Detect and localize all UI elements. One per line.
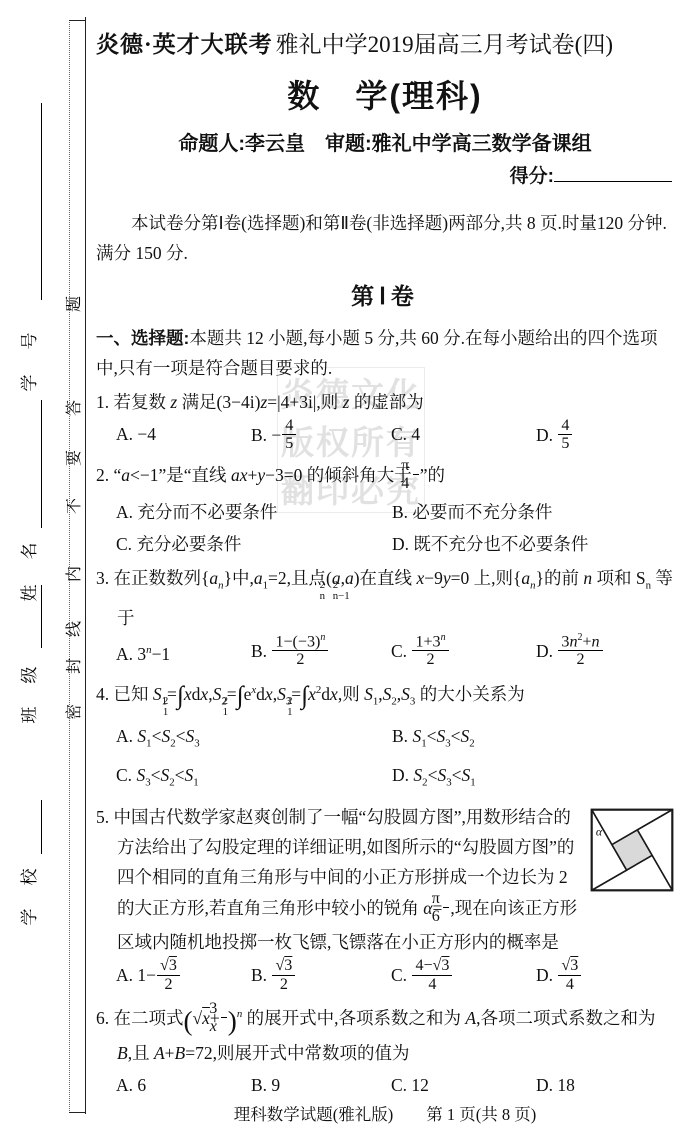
seal-text-char: 密 <box>64 701 86 723</box>
option-d: D. 既不充分也不必要条件 <box>392 529 674 559</box>
seal-dotted-line <box>69 20 70 1113</box>
score-label: 得分: <box>510 166 554 187</box>
question-3: 3. 在正数数列{an}中,a1=2,且点(a2n,a2n−1)在直线 x−9y… <box>96 563 674 671</box>
option-a: A. −4 <box>116 419 251 455</box>
question-5-stem: 5. 中国古代数学家赵爽创制了一幅“勾股圆方图”,用数形结合的方法给出了勾股定理… <box>96 802 674 958</box>
seal-text-char: 封 <box>64 655 86 677</box>
question-3-options: A. 3n−1 B. 1−(−3)n2 C. 1+3n2 D. 3n2+n2 <box>116 635 674 671</box>
student-id-label-char: 学 <box>19 372 41 394</box>
option-d: D. S2<S3<S1 <box>392 760 674 798</box>
question-1-options: A. −4 B. −45 C. 4 D. 45 <box>116 419 674 455</box>
option-a: A. 充分而不必要条件 <box>116 497 392 527</box>
exam-instructions: 本试卷分第Ⅰ卷(选择题)和第Ⅱ卷(非选择题)两部分,共 8 页.时量120 分钟… <box>96 208 674 268</box>
option-b: B. 1−(−3)n2 <box>251 635 391 671</box>
option-a: A. 6 <box>116 1070 251 1100</box>
option-b: B. √32 <box>251 959 391 995</box>
exam-page: 炎德文化 版权所有 翻印必究 号 学 名 姓 级 班 校 学 题 答 要 不 内… <box>0 0 688 1144</box>
option-b: B. 9 <box>251 1070 391 1100</box>
authors-line: 命题人:李云皇 审题:雅礼中学高三数学备课组 <box>96 127 674 156</box>
question-5: α 5. 中国古代数学家赵爽创制了一幅“勾股圆方图”,用数形结合的方法给出了勾股… <box>96 802 674 996</box>
option-d: D. √34 <box>536 959 674 995</box>
seal-line-tick <box>69 20 86 21</box>
name-blank <box>41 400 42 528</box>
question-2: 2. “a<−1”是“直线 ax+y−3=0 的倾斜角大于π4”的 A. 充分而… <box>96 459 674 559</box>
question-1: 1. 若复数 z 满足(3−4i)z=|4+3i|,则 z 的虚部为 A. −4… <box>96 387 674 455</box>
option-d: D. 45 <box>536 419 674 455</box>
option-c: C. 4−√34 <box>391 959 536 995</box>
seal-text-char: 答 <box>64 397 86 419</box>
subject-title: 数 学(理科) <box>96 71 674 117</box>
option-d: D. 18 <box>536 1070 674 1100</box>
school-blank <box>41 800 42 854</box>
option-a: A. S1<S2<S3 <box>116 721 392 759</box>
question-6-stem: 6. 在二项式(√x+3x)n 的展开式中,各项系数之和为 A,各项二项式系数之… <box>96 999 674 1068</box>
seal-text-char: 要 <box>64 447 86 469</box>
question-1-stem: 1. 若复数 z 满足(3−4i)z=|4+3i|,则 z 的虚部为 <box>96 387 674 417</box>
option-c: C. 1+3n2 <box>391 635 536 671</box>
class-blank <box>41 585 42 648</box>
option-c: C. 4 <box>391 419 536 455</box>
footer-doc-title: 理科数学试题(雅礼版) <box>234 1105 394 1124</box>
exam-header: 炎德·英才大联考雅礼中学2019届高三月考试卷(四) <box>96 26 674 59</box>
option-c: C. 充分必要条件 <box>116 529 392 559</box>
seal-text-char: 内 <box>64 563 86 585</box>
question-6-options: A. 6 B. 9 C. 12 D. 18 <box>116 1070 674 1100</box>
class-label-char: 班 <box>19 704 41 726</box>
option-b: B. −45 <box>251 419 391 455</box>
seal-text-char: 不 <box>64 495 86 517</box>
page-footer: 理科数学试题(雅礼版)第 1 页(共 8 页) <box>96 1101 674 1125</box>
option-a: A. 1−√32 <box>116 959 251 995</box>
option-c: C. S3<S2<S1 <box>116 760 392 798</box>
option-b: B. 必要而不充分条件 <box>392 497 674 527</box>
option-b: B. S1<S3<S2 <box>392 721 674 759</box>
exam-title: 雅礼中学2019届高三月考试卷(四) <box>276 32 613 57</box>
option-d: D. 3n2+n2 <box>536 635 674 671</box>
school-label-char: 学 <box>19 906 41 928</box>
part-title: 第Ⅰ卷 <box>96 278 674 311</box>
question-4-stem: 4. 已知 S1=∫21xdx,S2=∫21exdx,S3=∫21x2dx,则 … <box>96 675 674 719</box>
name-label-char: 名 <box>19 540 41 562</box>
name-label-char: 姓 <box>19 582 41 604</box>
seal-text-char: 线 <box>64 618 86 640</box>
section-label: 一、选择题: <box>96 328 189 348</box>
footer-page-number: 第 1 页(共 8 页) <box>426 1105 536 1124</box>
question-3-stem: 3. 在正数数列{an}中,a1=2,且点(a2n,a2n−1)在直线 x−9y… <box>96 563 674 633</box>
question-5-options: A. 1−√32 B. √32 C. 4−√34 D. √34 <box>116 959 674 995</box>
question-4-options: A. S1<S2<S3 B. S1<S3<S2 C. S3<S2<S1 D. S… <box>116 721 674 798</box>
question-2-options: A. 充分而不必要条件 B. 必要而不充分条件 C. 充分必要条件 D. 既不充… <box>116 497 674 559</box>
section-heading: 一、选择题:本题共 12 小题,每小题 5 分,共 60 分.在每小题给出的四个… <box>96 323 674 383</box>
page-border-line <box>85 17 86 1114</box>
question-2-stem: 2. “a<−1”是“直线 ax+y−3=0 的倾斜角大于π4”的 <box>96 459 674 495</box>
school-label-char: 校 <box>19 866 41 888</box>
exam-content: 炎德·英才大联考雅礼中学2019届高三月考试卷(四) 数 学(理科) 命题人:李… <box>96 0 674 1104</box>
score-row: 得分: <box>96 161 674 188</box>
student-id-label-char: 号 <box>19 330 41 352</box>
question-6: 6. 在二项式(√x+3x)n 的展开式中,各项系数之和为 A,各项二项式系数之… <box>96 999 674 1100</box>
seal-text-char: 题 <box>64 293 86 315</box>
alpha-angle-label: α <box>596 825 603 838</box>
score-blank <box>554 161 672 182</box>
question-4: 4. 已知 S1=∫21xdx,S2=∫21exdx,S3=∫21x2dx,则 … <box>96 675 674 798</box>
brand-name: 炎德·英才大联考 <box>96 32 273 57</box>
seal-line-tick <box>69 1112 86 1113</box>
option-c: C. 12 <box>391 1070 536 1100</box>
option-a: A. 3n−1 <box>116 635 251 671</box>
student-id-blank <box>41 103 42 300</box>
gougu-diagram: α <box>590 804 674 896</box>
class-label-char: 级 <box>19 664 41 686</box>
